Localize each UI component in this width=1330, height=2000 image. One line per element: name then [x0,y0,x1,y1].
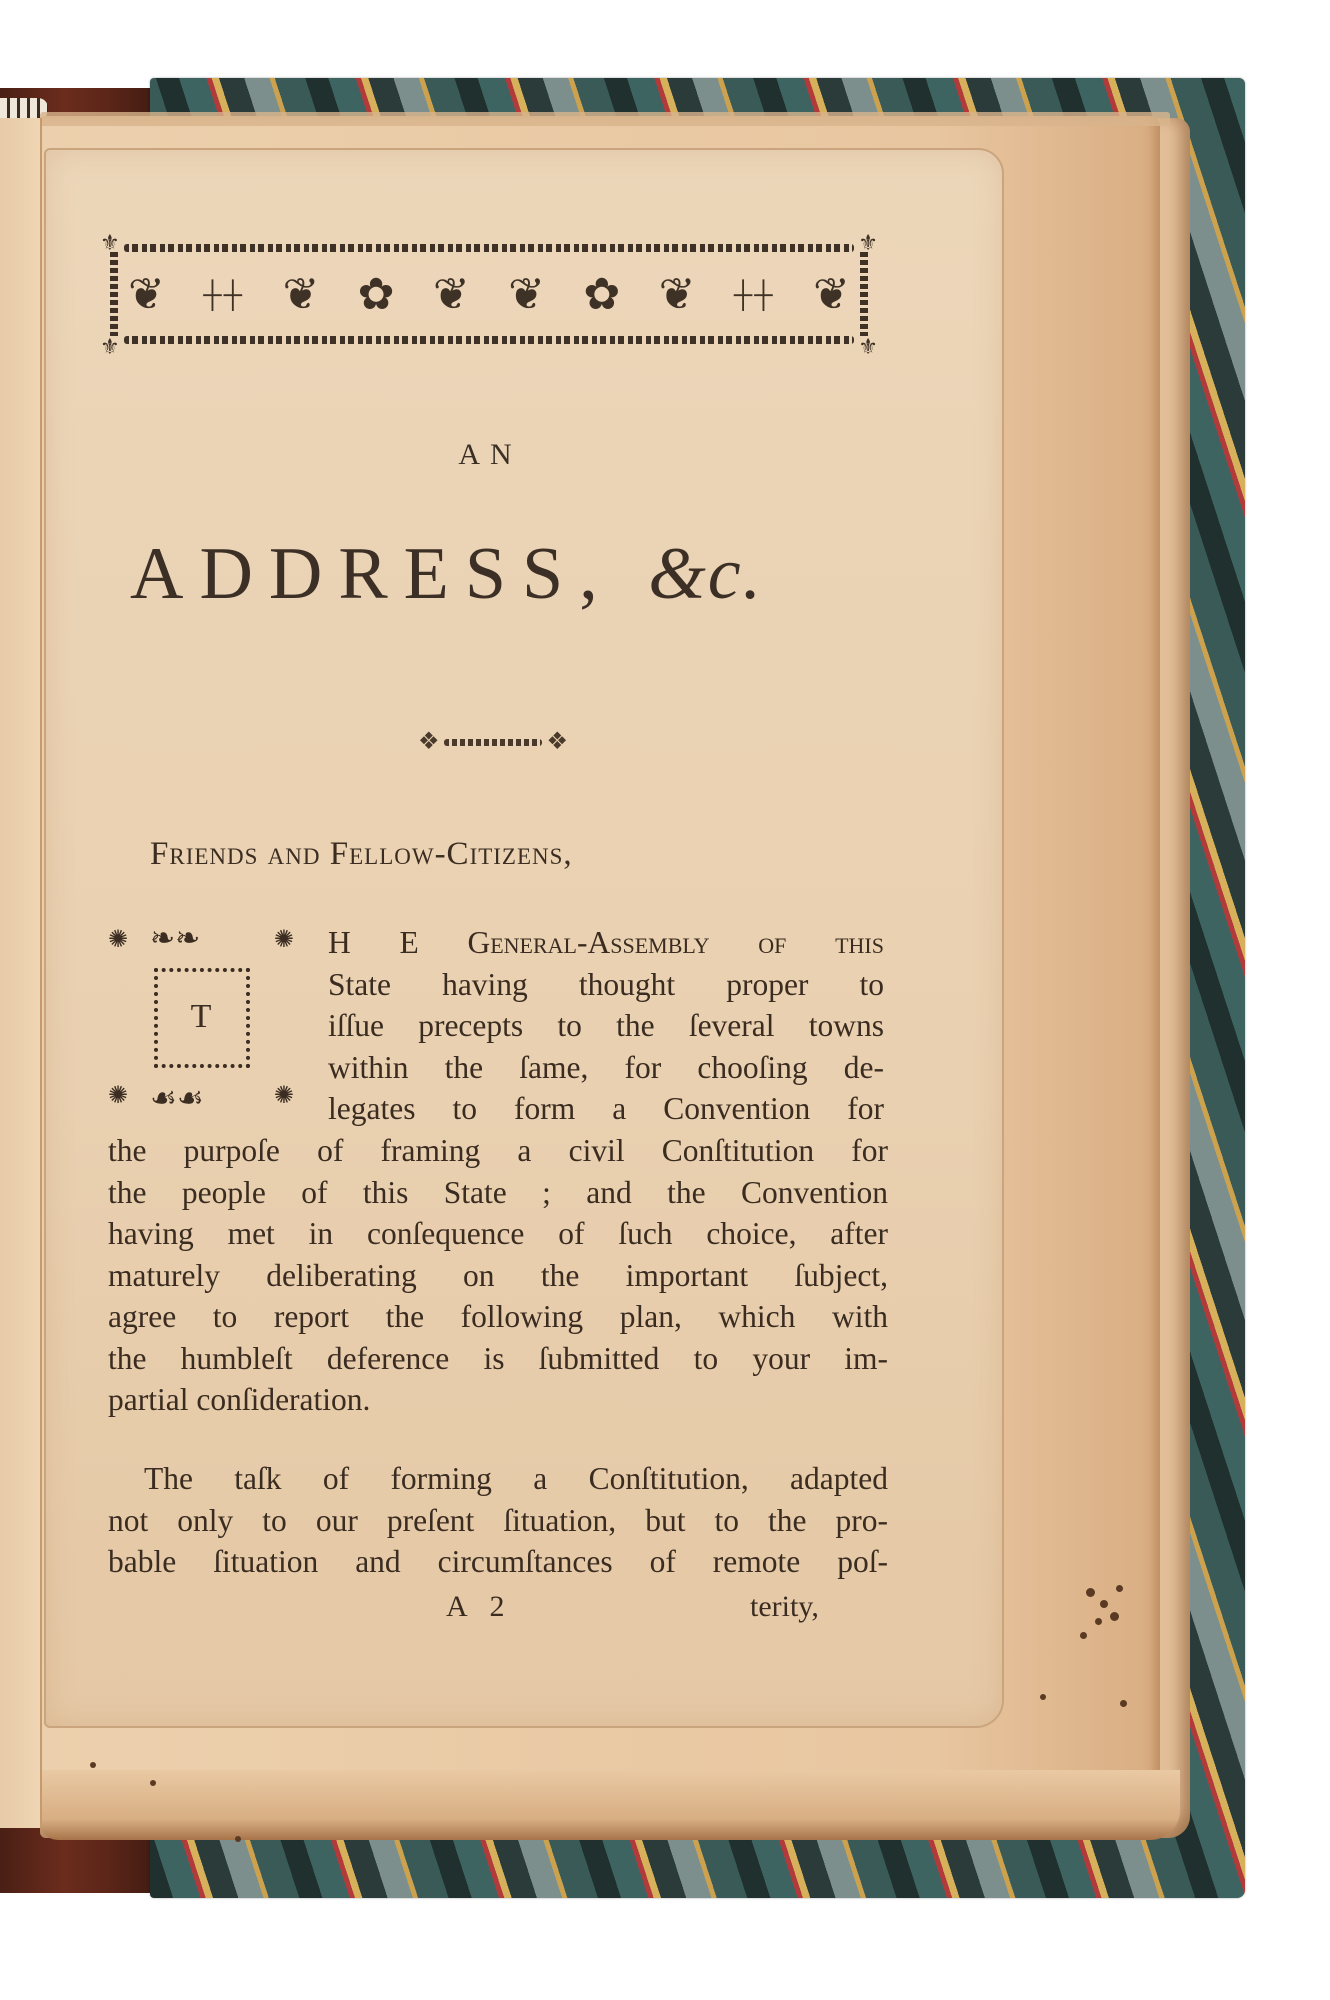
title-address: ADDRESS, [130,533,614,615]
dotted-rule [444,739,543,746]
flower-ornament-icon: ❖ [418,730,440,754]
foxing-spot [1040,1694,1046,1700]
text-line: partial conſideration. [108,1379,888,1421]
rosette-icon: ✺ [274,1084,294,1108]
text-line: The taſk of forming a Conſtitution, adap… [108,1458,888,1500]
text-line: iſſue precepts to the ſeveral towns [328,1005,884,1047]
foxing-spot [90,1762,96,1768]
scroll-ornament-icon: ❦ [659,273,696,317]
foxing-spot [1110,1612,1119,1621]
headpiece-right-rule [860,252,868,336]
salutation: Friends and Fellow-Citizens, [150,836,573,873]
paragraph-1-indented: H E General-Assembly of this State havin… [328,922,884,1130]
cross-rule-ornament-icon: ┼┼ [734,282,775,308]
foxing-spot [1080,1632,1087,1639]
paragraph-2: The taſk of forming a Conſtitution, adap… [108,1458,888,1583]
rosette-icon: ✺ [108,928,128,952]
text-line: maturely deliberating on the important ſ… [108,1255,888,1297]
foxing-spot [1120,1700,1127,1707]
text-line: legates to form a Convention for [328,1088,884,1130]
page-title: ADDRESS, &c. [130,532,763,617]
printers-ornament: ❖ ❖ [418,728,568,756]
signature-mark: A 2 [446,1590,513,1624]
paragraph-1-body: the purpoſe of framing a civil Conſtitut… [108,1130,888,1421]
gutter-leaf [0,118,42,1828]
text-line: the people of this State ; and the Conve… [108,1172,888,1214]
drop-cap-letter: T [108,1000,294,1034]
top-torn-edge [40,112,1170,126]
text-line: the humbleſt deference is ſubmitted to y… [108,1338,888,1380]
text-line: State having thought proper to [328,964,884,1006]
scroll-ornament-icon: ❦ [508,273,545,317]
foxing-spot [1100,1600,1108,1608]
leaf-swash-icon: ❧❧ [150,924,200,954]
scroll-ornament-icon: ❦ [813,273,850,317]
headpiece-left-rule [110,252,118,336]
fleur-de-lis-icon: ⚜ [100,336,120,358]
fleur-de-lis-icon: ⚜ [858,336,878,358]
headpiece-top-rule [124,244,854,252]
scroll-ornament-icon: ❦ [282,273,319,317]
foxing-spot [235,1836,241,1842]
catchword: terity, [750,1590,819,1624]
foxing-spot [1086,1588,1095,1597]
fleur-de-lis-icon: ⚜ [100,232,120,254]
scroll-ornament-icon: ❦ [433,273,470,317]
text-line: not only to our preſent ſituation, but t… [108,1500,888,1542]
decorated-initial: ✺ ✺ ✺ ✺ ❧❧ ☙☙ T [108,928,294,1108]
rosette-icon: ✿ [583,273,620,317]
rosette-icon: ✺ [274,928,294,952]
text-line: agree to report the following plan, whic… [108,1296,888,1338]
title-line-an: AN [0,438,980,472]
foxing-spot [150,1780,156,1786]
flower-ornament-icon: ❖ [546,730,568,754]
rosette-icon: ✿ [358,273,395,317]
cross-rule-ornament-icon: ┼┼ [203,282,244,308]
text-line: the purpoſe of framing a civil Conſtitut… [108,1130,888,1172]
headpiece-ornament-row: ❦ ┼┼ ❦ ✿ ❦ ❦ ✿ ❦ ┼┼ ❦ [128,268,850,322]
foxing-spot [1116,1585,1123,1592]
title-etc: &c. [648,533,763,615]
text-line: having met in conſequence of ſuch choice… [108,1213,888,1255]
text-line: H E General-Assembly of this [328,922,884,964]
text-line: bable ſituation and circumſtances of rem… [108,1541,888,1583]
rosette-icon: ✺ [108,1084,128,1108]
text-line: within the ſame, for chooſing de- [328,1047,884,1089]
foxing-spot [1095,1618,1102,1625]
fleur-de-lis-icon: ⚜ [858,232,878,254]
headpiece-bottom-rule [124,336,854,344]
bottom-torn-edge [40,1770,1180,1840]
leaf-swash-icon: ☙☙ [150,1084,204,1114]
scroll-ornament-icon: ❦ [128,273,165,317]
ornamental-headpiece: ⚜ ⚜ ⚜ ⚜ ❦ ┼┼ ❦ ✿ ❦ ❦ ✿ ❦ ┼┼ ❦ [104,234,874,354]
